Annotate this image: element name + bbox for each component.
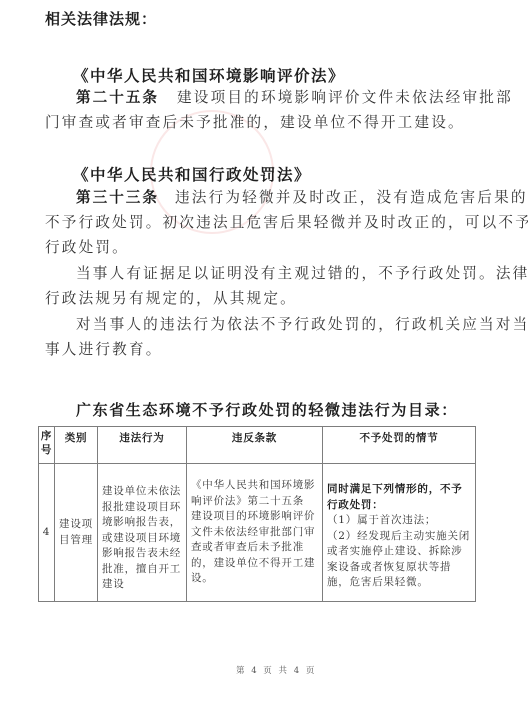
cell-category: 建设项目管理 [55, 464, 98, 602]
circumstance-item: （1）属于首次违法； [327, 513, 471, 529]
table-header-row: 序号 类别 违法行为 违反条款 不予处罚的情节 [39, 427, 476, 464]
header-clause: 违反条款 [187, 427, 323, 464]
article-33-line-3: 行政处罚。 [45, 236, 129, 260]
catalog-table: 序号 类别 违法行为 违反条款 不予处罚的情节 4 建设项目管理 建设单位未依法… [38, 426, 476, 602]
cell-violation: 建设单位未依法报批建设项目环境影响报告表，或建设项目环境影响报告表未经批准，擅自… [98, 464, 187, 602]
law-title-eia: 《中华人民共和国环境影响评价法》 [73, 64, 345, 86]
paragraph-1-line-2: 行政法规另有规定的，从其规定。 [45, 287, 297, 311]
article-25-line-1: 第二十五条建设项目的环境影响评价文件未依法经审批部 [76, 86, 513, 110]
table-row: 4 建设项目管理 建设单位未依法报批建设项目环境影响报告表，或建设项目环境影响报… [39, 464, 476, 602]
header-violation: 违法行为 [98, 427, 187, 464]
law-title-admin-penalty: 《中华人民共和国行政处罚法》 [73, 163, 311, 185]
catalog-title: 广东省生态环境不予行政处罚的轻微违法行为目录： [76, 399, 458, 420]
paragraph-1-line-1: 当事人有证据足以证明没有主观过错的，不予行政处罚。法律、 [76, 262, 528, 286]
header-circumstances: 不予处罚的情节 [323, 427, 476, 464]
article-25-line-2: 门审查或者审查后未予批准的，建设单位不得开工建设。 [45, 111, 465, 135]
paragraph-2-line-1: 对当事人的违法行为依法不予行政处罚的，行政机关应当对当 [76, 313, 528, 337]
circumstances-heading: 同时满足下列情形的，不予行政处罚： [327, 482, 471, 513]
paragraph-2-line-2: 事人进行教育。 [45, 338, 163, 362]
section-heading: 相关法律法规： [45, 8, 157, 29]
article-33-line-1: 第三十三条违法行为轻微并及时改正，没有造成危害后果的， [76, 186, 528, 210]
article-33-label: 第三十三条 [76, 189, 159, 206]
page-number: 第 4 页 共 4 页 [236, 664, 316, 676]
circumstance-item: （2）经发现后主动实施关闭或者实施停止建设、拆除涉案设备或者恢复原状等措施，危害… [327, 529, 471, 591]
header-category: 类别 [55, 427, 98, 464]
cell-no: 4 [39, 464, 55, 602]
cell-clause: 《中华人民共和国环境影响评价法》第二十五条 建设项目的环境影响评价文件未依法经审… [187, 464, 323, 602]
article-33-line-2: 不予行政处罚。初次违法且危害后果轻微并及时改正的，可以不予 [45, 211, 528, 235]
cell-circumstances: 同时满足下列情形的，不予行政处罚： （1）属于首次违法； （2）经发现后主动实施… [323, 464, 476, 602]
article-25-label: 第二十五条 [76, 89, 159, 106]
header-no: 序号 [39, 427, 55, 464]
